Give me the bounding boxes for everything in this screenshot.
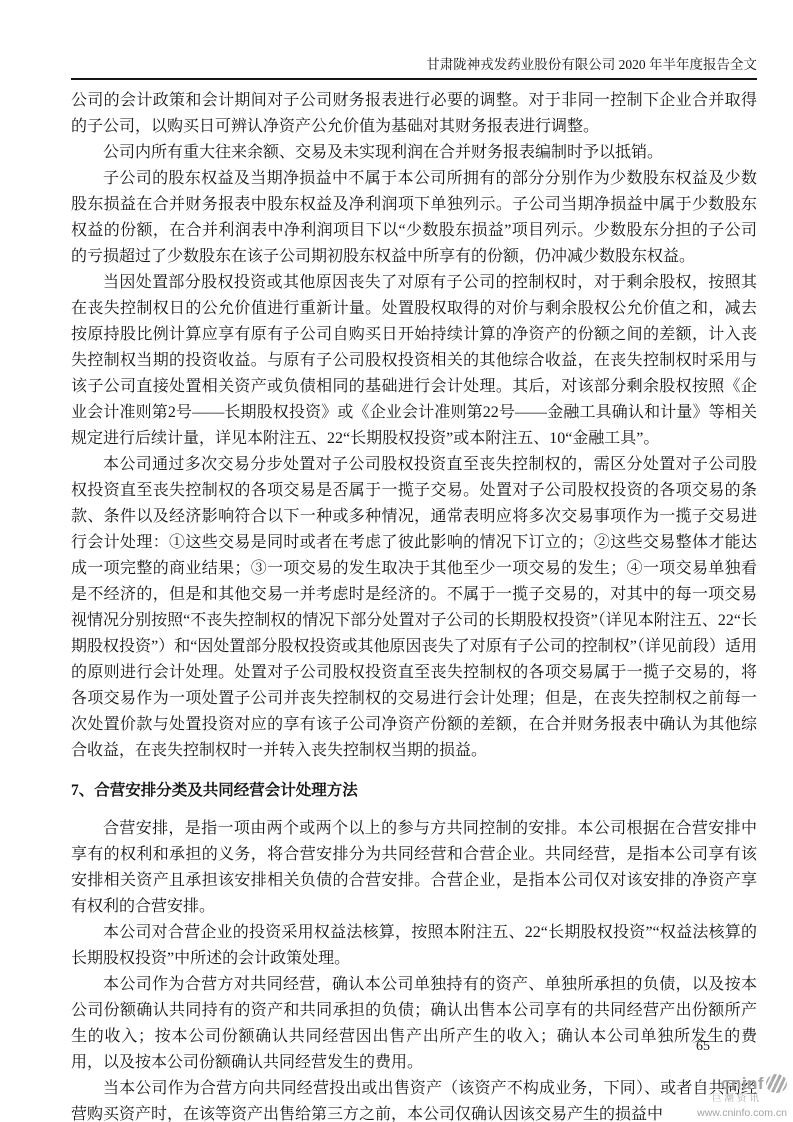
cninfo-logo-url: www.cninfo.com.cn: [677, 1108, 787, 1119]
cninfo-logo: cninf 巨潮资讯 www.cninfo.com.cn: [677, 1074, 787, 1118]
body-paragraph: 当因处置部分股权投资或其他原因丧失了对原有子公司的控制权时，对于剩余股权，按照其…: [71, 270, 757, 452]
body-paragraph: 当本公司作为合营方向共同经营投出或出售资产（该资产不构成业务，下同）、或者自共同…: [71, 1076, 757, 1122]
cninfo-globe-icon: [766, 1074, 787, 1093]
body-paragraph: 公司的会计政策和会计期间对子公司财务报表进行必要的调整。对于非同一控制下企业合并…: [71, 88, 757, 140]
body-paragraph: 子公司的股东权益及当期净损益中不属于本公司所拥有的部分分别作为少数股东权益及少数…: [71, 166, 757, 270]
body-paragraph: 本公司对合营企业的投资采用权益法核算，按照本附注五、22“长期股权投资”“权益法…: [71, 920, 757, 972]
body-paragraph: 本公司作为合营方对共同经营，确认本公司单独持有的资产、单独所承担的负债，以及按本…: [71, 972, 757, 1076]
section-heading: 7、合营安排分类及共同经营会计处理方法: [71, 779, 757, 803]
cninfo-logo-chinese: 巨潮资讯: [677, 1095, 787, 1105]
cninfo-logo-row: cninf: [677, 1074, 787, 1093]
cninfo-logo-text: cninf: [721, 1075, 764, 1092]
header-title: 甘肃陇神戎发药业股份有限公司 2020 年半年度报告全文: [426, 57, 757, 72]
body-paragraph: 本公司通过多次交易分步处置对子公司股权投资直至丧失控制权的，需区分处置对子公司股…: [71, 452, 757, 764]
body-paragraph: 公司内所有重大往来余额、交易及未实现利润在合并财务报表编制时予以抵销。: [71, 140, 757, 166]
body-paragraph: 合营安排，是指一项由两个或两个以上的参与方共同控制的安排。本公司根据在合营安排中…: [71, 816, 757, 920]
document-page: 甘肃陇神戎发药业股份有限公司 2020 年半年度报告全文 公司的会计政策和会计期…: [0, 0, 793, 1122]
page-number: 65: [696, 1039, 710, 1055]
page-header: 甘肃陇神戎发药业股份有限公司 2020 年半年度报告全文: [71, 56, 757, 80]
document-body: 公司的会计政策和会计期间对子公司财务报表进行必要的调整。对于非同一控制下企业合并…: [71, 88, 757, 1122]
